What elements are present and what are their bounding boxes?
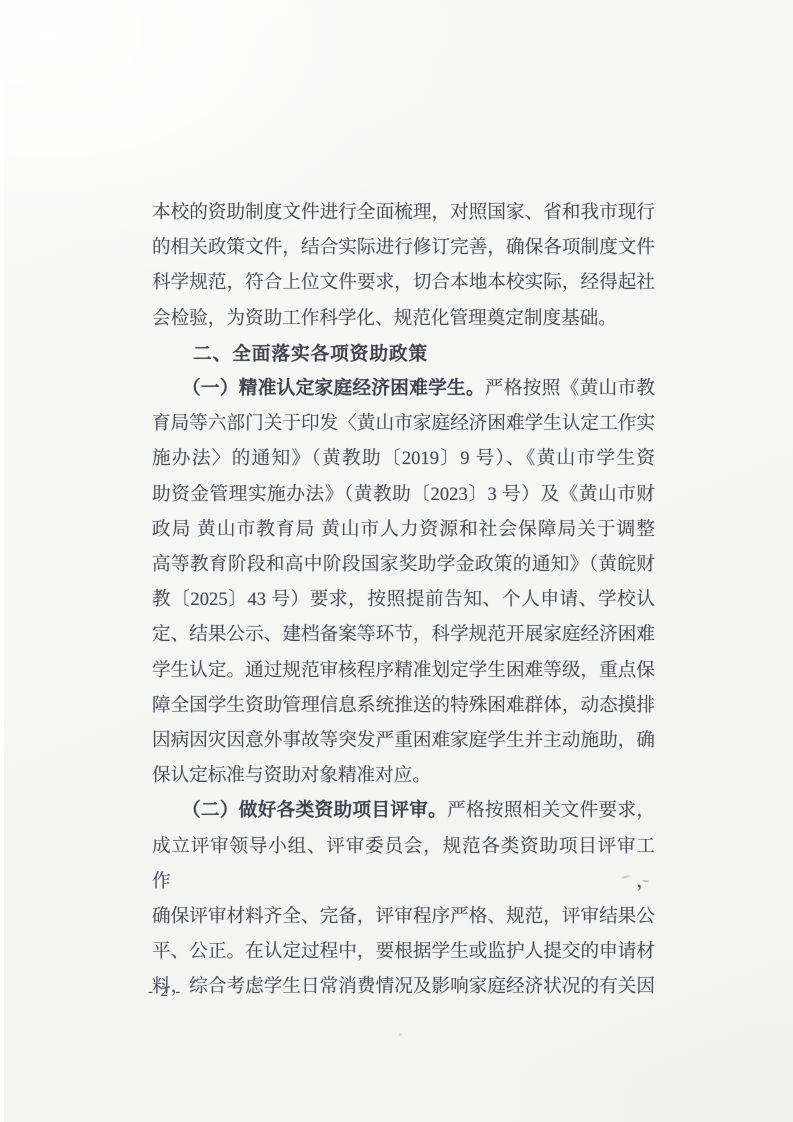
text-line: 定、结果公示、建档备案等环节，科学规范开展家庭经济困难 xyxy=(152,617,655,652)
text-line: （二）做好各类资助项目评审。严格按照相关文件要求， xyxy=(152,793,655,828)
text-line: 育局等六部门关于印发〈黄山市家庭经济困难学生认定工作实 xyxy=(152,406,655,441)
document-page: 本校的资助制度文件进行全面梳理，对照国家、省和我市现行的相关政策文件，结合实际进… xyxy=(4,0,793,1122)
text-line: 助资金管理实施办法》（黄教助〔2023〕3 号）及《黄山市财 xyxy=(152,477,655,512)
text-line: 政局 黄山市教育局 黄山市人力资源和社会保障局关于调整 xyxy=(152,512,655,547)
text-line: 料，综合考虑学生日常消费情况及影响家庭经济状况的有关因 xyxy=(152,969,655,1004)
body-text: 教〔2025〕43 号）要求，按照提前告知、个人申请、学校认 xyxy=(152,589,655,610)
body-text: 因病因灾因意外事故等突发严重困难家庭学生并主动施助，确 xyxy=(152,730,655,751)
body-text: 障全国学生资助管理信息系统推送的特殊困难群体，动态摸排 xyxy=(152,695,655,716)
page-number: - 2 - xyxy=(148,984,182,1001)
text-line: 的相关政策文件，结合实际进行修订完善，确保各项制度文件 xyxy=(152,230,655,265)
text-line: （一）精准认定家庭经济困难学生。严格按照《黄山市教 xyxy=(152,371,655,406)
body-text: 政局 黄山市教育局 黄山市人力资源和社会保障局关于调整 xyxy=(152,519,655,540)
body-text: 学生认定。通过规范审核程序精准划定学生困难等级，重点保 xyxy=(152,660,655,681)
text-line: 科学规范，符合上位文件要求，切合本地本校实际，经得起社 xyxy=(152,265,655,300)
emphasis-text: 二、全面落实各项资助政策 xyxy=(193,343,428,364)
body-text: 施办法〉的通知》（黄教助〔2019〕9 号）、《黄山市学生资 xyxy=(152,448,655,469)
body-text: 育局等六部门关于印发〈黄山市家庭经济困难学生认定工作实 xyxy=(152,413,655,434)
text-line: 本校的资助制度文件进行全面梳理，对照国家、省和我市现行 xyxy=(152,195,655,230)
body-text: 确保评审材料齐全、完备，评审程序严格、规范，评审结果公 xyxy=(152,906,655,927)
body-text: 科学规范，符合上位文件要求，切合本地本校实际，经得起社 xyxy=(152,272,655,293)
text-line: 成立评审领导小组、评审委员会，规范各类资助项目评审工作， xyxy=(152,829,655,899)
body-text: 严格按照《黄山市教 xyxy=(485,378,655,399)
text-line: 高等教育阶段和高中阶段国家奖助学金政策的通知》（黄皖财 xyxy=(152,547,655,582)
scan-noise-speck xyxy=(399,1033,402,1036)
body-text: 助资金管理实施办法》（黄教助〔2023〕3 号）及《黄山市财 xyxy=(152,484,655,505)
scan-noise-speck xyxy=(564,447,566,449)
emphasis-text: （二）做好各类资助项目评审。 xyxy=(182,800,447,821)
section-heading: 二、全面落实各项资助政策 xyxy=(152,336,655,371)
emphasis-text: （一）精准认定家庭经济困难学生。 xyxy=(182,378,485,399)
body-text: 的相关政策文件，结合实际进行修订完善，确保各项制度文件 xyxy=(152,237,655,258)
document-body: 本校的资助制度文件进行全面梳理，对照国家、省和我市现行的相关政策文件，结合实际进… xyxy=(152,195,655,1005)
text-line: 学生认定。通过规范审核程序精准划定学生困难等级，重点保 xyxy=(152,653,655,688)
body-text: 成立评审领导小组、评审委员会，规范各类资助项目评审工作， xyxy=(152,836,655,892)
text-line: 会检验，为资助工作科学化、规范化管理奠定制度基础。 xyxy=(152,301,655,336)
body-text: 严格按照相关文件要求， xyxy=(447,800,655,821)
body-text: 本校的资助制度文件进行全面梳理，对照国家、省和我市现行 xyxy=(152,202,655,223)
text-line: 确保评审材料齐全、完备，评审程序严格、规范，评审结果公 xyxy=(152,899,655,934)
text-line: 因病因灾因意外事故等突发严重困难家庭学生并主动施助，确 xyxy=(152,723,655,758)
text-line: 保认定标准与资助对象精准对应。 xyxy=(152,758,655,793)
text-line: 施办法〉的通知》（黄教助〔2019〕9 号）、《黄山市学生资 xyxy=(152,441,655,476)
body-text: 料，综合考虑学生日常消费情况及影响家庭经济状况的有关因 xyxy=(152,976,655,997)
text-line: 教〔2025〕43 号）要求，按照提前告知、个人申请、学校认 xyxy=(152,582,655,617)
body-text: 平、公正。在认定过程中，要根据学生或监护人提交的申请材 xyxy=(152,941,655,962)
body-text: 高等教育阶段和高中阶段国家奖助学金政策的通知》（黄皖财 xyxy=(152,554,655,575)
body-text: 保认定标准与资助对象精准对应。 xyxy=(152,765,431,786)
body-text: 会检验，为资助工作科学化、规范化管理奠定制度基础。 xyxy=(152,308,617,329)
text-line: 障全国学生资助管理信息系统推送的特殊困难群体，动态摸排 xyxy=(152,688,655,723)
text-line: 平、公正。在认定过程中，要根据学生或监护人提交的申请材 xyxy=(152,934,655,969)
body-text: 定、结果公示、建档备案等环节，科学规范开展家庭经济困难 xyxy=(152,624,655,645)
